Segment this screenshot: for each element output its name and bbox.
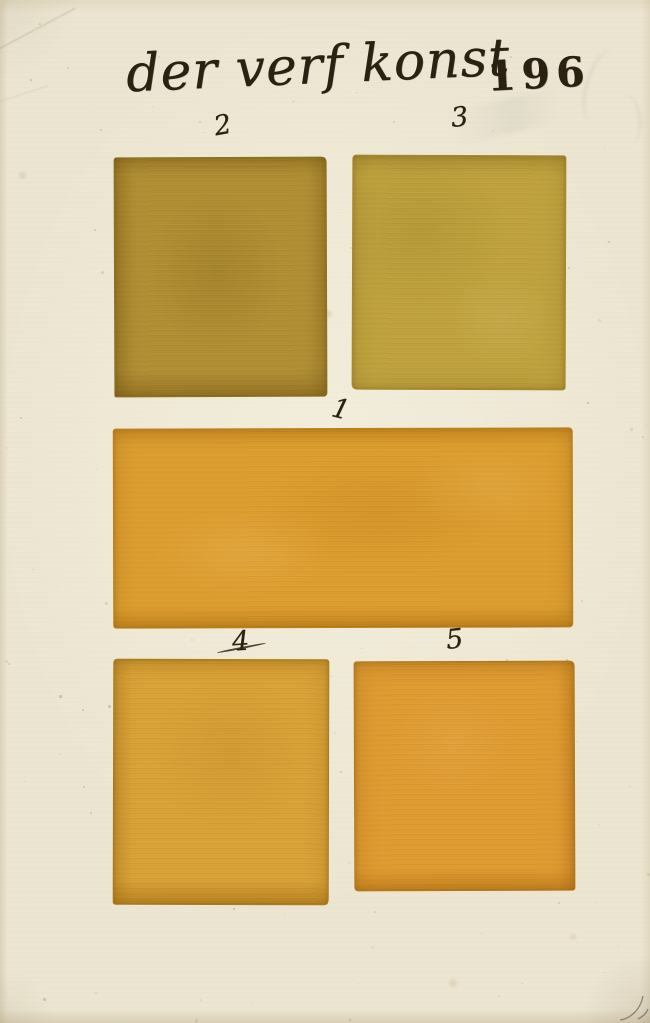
swatch-label-5: 5 bbox=[445, 625, 465, 654]
swatch-label-4: 4 bbox=[231, 627, 250, 655]
color-swatch-5 bbox=[354, 661, 576, 892]
manuscript-page: der verf konst 196 2 3 1 4 5 bbox=[0, 0, 650, 1023]
color-swatch-3 bbox=[352, 155, 567, 391]
color-swatch-4 bbox=[113, 659, 330, 906]
color-swatch-1 bbox=[113, 427, 574, 628]
swatch-label-3: 3 bbox=[450, 103, 470, 132]
page-number: 196 bbox=[486, 47, 592, 100]
corner-ink-mark bbox=[618, 992, 650, 1022]
color-swatch-2 bbox=[114, 157, 328, 398]
